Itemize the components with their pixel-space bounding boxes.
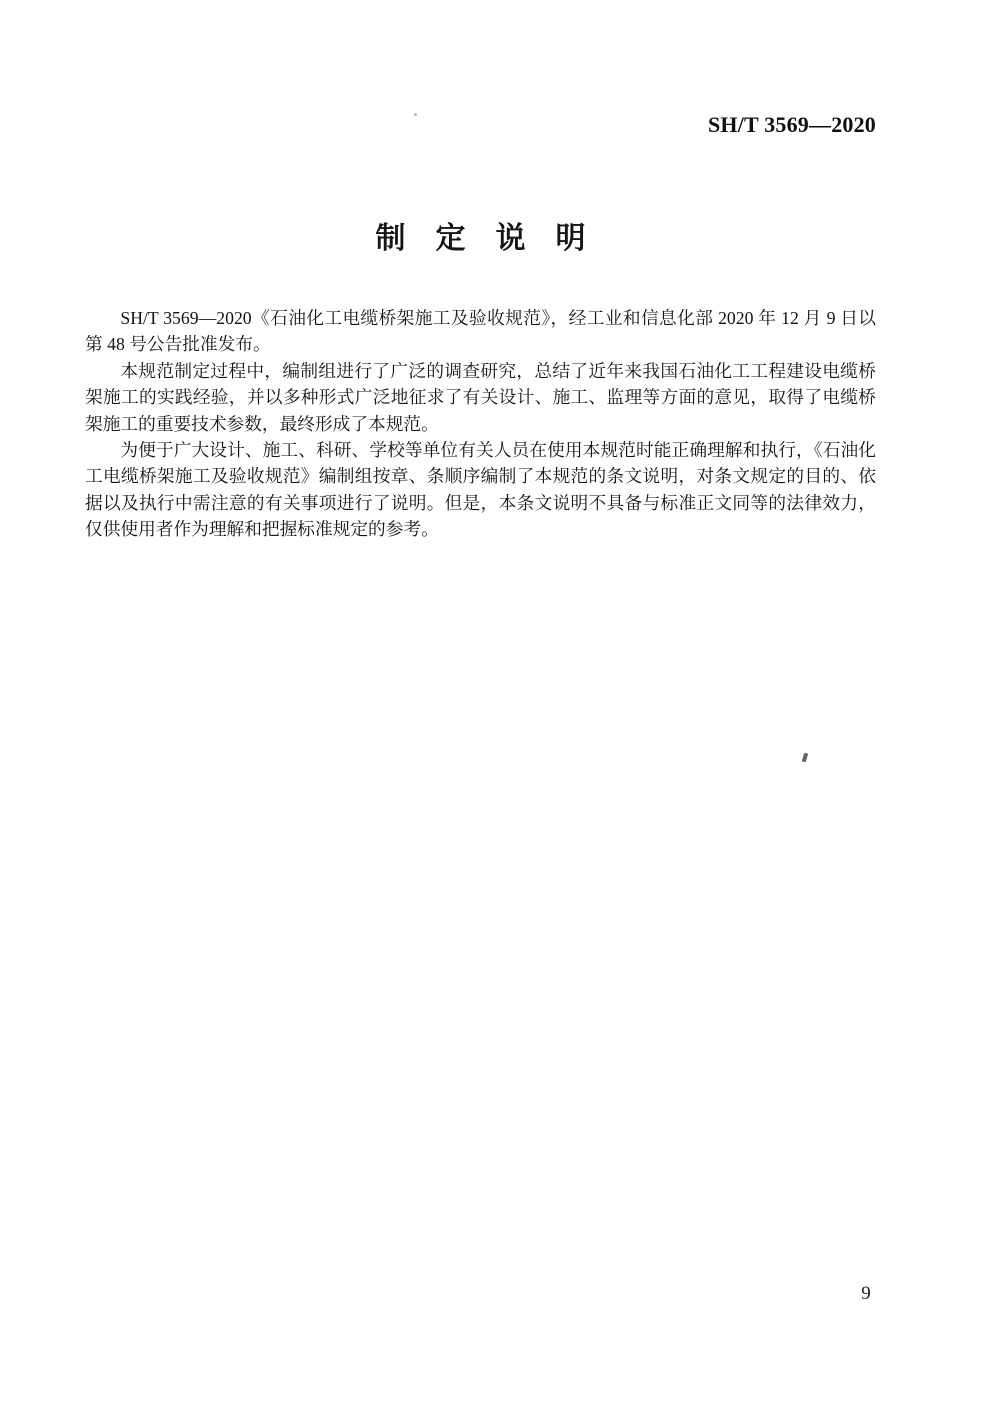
scan-artifact <box>414 113 417 116</box>
scan-artifact <box>802 753 809 763</box>
body-paragraph: 为便于广大设计、施工、科研、学校等单位有关人员在使用本规范时能正确理解和执行，《… <box>85 437 876 543</box>
body-paragraph: SH/T 3569—2020《石油化工电缆桥架施工及验收规范》，经工业和信息化部… <box>85 305 876 358</box>
standard-code-header: SH/T 3569—2020 <box>85 112 876 138</box>
document-page: SH/T 3569—2020 制 定 说 明 SH/T 3569—2020《石油… <box>0 0 1000 1414</box>
page-number: 9 <box>776 1283 956 1305</box>
body-text-block: SH/T 3569—2020《石油化工电缆桥架施工及验收规范》，经工业和信息化部… <box>85 305 876 543</box>
page-title: 制 定 说 明 <box>85 213 876 257</box>
body-paragraph: 本规范制定过程中，编制组进行了广泛的调查研究，总结了近年来我国石油化工工程建设电… <box>85 358 876 437</box>
